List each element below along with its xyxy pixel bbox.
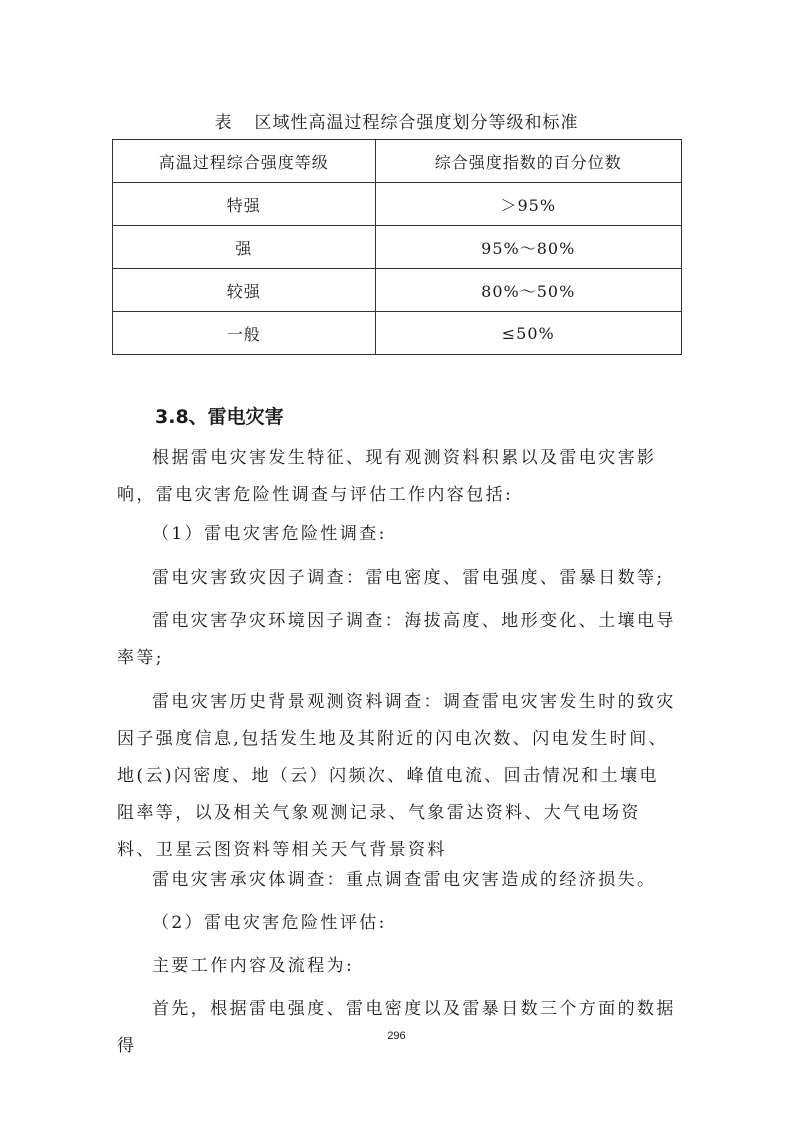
cell-grade: 较强 (113, 269, 376, 312)
cell-grade: 强 (113, 226, 376, 269)
table-row: 特强 ＞95% (113, 183, 682, 226)
table-row: 一般 ≤50% (113, 312, 682, 355)
paragraph-historical-data: 雷电灾害历史背景观测资料调查：调查雷电灾害发生时的致灾因子强度信息,包括发生地及… (117, 684, 677, 869)
header-grade: 高温过程综合强度等级 (113, 140, 376, 183)
cell-grade: 特强 (113, 183, 376, 226)
table-caption-prefix: 表 (215, 113, 233, 133)
paragraph-subheading-2: （2）雷电灾害危险性评估: (117, 905, 677, 942)
cell-grade: 一般 (113, 312, 376, 355)
paragraph-subheading-1: （1）雷电灾害危险性调查: (117, 516, 677, 553)
page-number: 296 (0, 1030, 793, 1042)
table-row: 强 95%～80% (113, 226, 682, 269)
table-header-row: 高温过程综合强度等级 综合强度指数的百分位数 (113, 140, 682, 183)
cell-percentile: 80%～50% (375, 269, 682, 312)
table-caption: 表区域性高温过程综合强度划分等级和标准 (0, 108, 793, 133)
paragraph-causal-factors: 雷电灾害致灾因子调查：雷电密度、雷电强度、雷暴日数等; (117, 560, 677, 597)
paragraph-environment-factors: 雷电灾害孕灾环境因子调查：海拔高度、地形变化、土壤电导率等; (117, 603, 677, 677)
section-heading: 3.8、雷电灾害 (155, 402, 284, 429)
intensity-grade-table: 高温过程综合强度等级 综合强度指数的百分位数 特强 ＞95% 强 95%～80%… (112, 139, 682, 355)
cell-percentile: ＞95% (375, 183, 682, 226)
paragraph-exposure: 雷电灾害承灾体调查：重点调查雷电灾害造成的经济损失。 (117, 862, 677, 899)
table-row: 较强 80%～50% (113, 269, 682, 312)
table-caption-title: 区域性高温过程综合强度划分等级和标准 (255, 113, 579, 133)
cell-percentile: 95%～80% (375, 226, 682, 269)
header-percentile: 综合强度指数的百分位数 (375, 140, 682, 183)
paragraph-first-step: 首先，根据雷电强度、雷电密度以及雷暴日数三个方面的数据得 (117, 991, 677, 1065)
paragraph-workflow: 主要工作内容及流程为: (117, 948, 677, 985)
paragraph-intro: 根据雷电灾害发生特征、现有观测资料积累以及雷电灾害影响，雷电灾害危险性调查与评估… (117, 440, 677, 514)
cell-percentile: ≤50% (375, 312, 682, 355)
